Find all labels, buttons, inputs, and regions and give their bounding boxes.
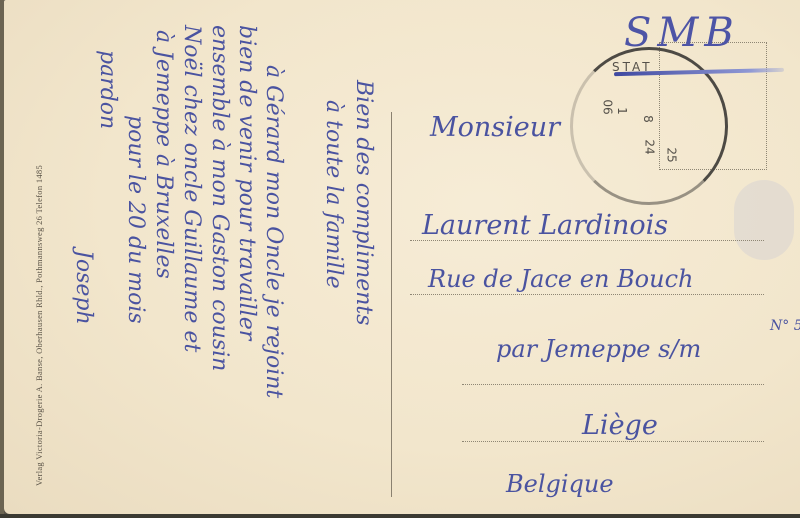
country: Belgique bbox=[506, 470, 614, 498]
publisher-imprint: Verlag Victoria-Drogerie A. Banse, Oberh… bbox=[34, 16, 44, 486]
ink-smudge bbox=[734, 180, 794, 260]
address-line-1 bbox=[410, 240, 764, 241]
message-line: à Jemeppe à Bruxelles bbox=[152, 30, 174, 279]
message-line: à Gérard mon Oncle je rejoint bbox=[262, 65, 284, 398]
house-number: N° 58 bbox=[770, 318, 800, 334]
postmark-date: 8 bbox=[641, 115, 655, 123]
salutation: Monsieur bbox=[430, 112, 560, 143]
message-line: pour le 20 du mois bbox=[124, 115, 146, 324]
center-divider bbox=[391, 112, 392, 497]
address-line-4 bbox=[462, 441, 764, 442]
message-line: ensemble à mon Gaston cousin bbox=[208, 25, 230, 371]
postcard: Verlag Victoria-Drogerie A. Banse, Oberh… bbox=[4, 0, 800, 514]
via: par Jemeppe s/m bbox=[496, 335, 701, 363]
postmark-date: 06 bbox=[601, 99, 615, 114]
message-line: Bien des compliments bbox=[352, 80, 374, 326]
postmark-date: 24 bbox=[643, 139, 657, 154]
recipient-name: Laurent Lardinois bbox=[422, 210, 668, 241]
card-edge-bottom bbox=[0, 514, 800, 518]
message-line: pardon bbox=[96, 50, 118, 129]
postmark-date: 1 bbox=[615, 107, 629, 115]
postmark-date: 25 bbox=[665, 147, 679, 162]
message-line: Noël chez oncle Guillaume et bbox=[180, 25, 202, 352]
city: Liège bbox=[582, 410, 658, 441]
signature: Joseph bbox=[72, 250, 94, 325]
address-line-3 bbox=[462, 384, 764, 385]
street: Rue de Jace en Bouch bbox=[428, 265, 694, 293]
message-line: à toute la famille bbox=[322, 100, 344, 289]
smb-annotation: SMB bbox=[624, 10, 740, 56]
message-line: bien de venir pour travailler bbox=[235, 25, 257, 340]
address-line-2 bbox=[410, 294, 764, 295]
